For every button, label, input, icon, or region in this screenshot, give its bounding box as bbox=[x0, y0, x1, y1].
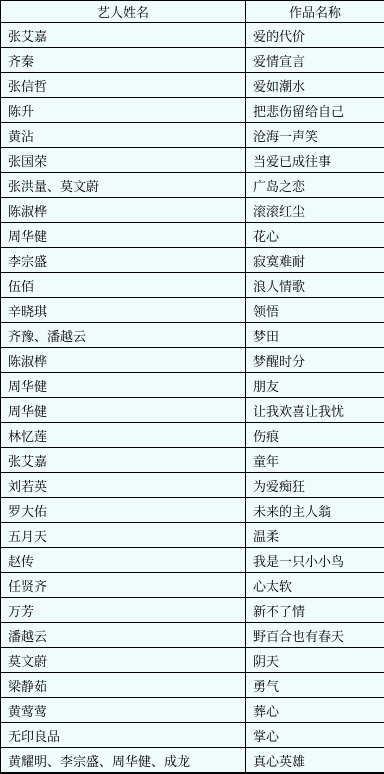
work-cell: 寂寞难耐 bbox=[246, 248, 384, 273]
artist-cell: 伍佰 bbox=[1, 273, 246, 298]
work-cell: 野百合也有春天 bbox=[246, 623, 384, 648]
table-row: 刘若英 为爱痴狂 bbox=[1, 473, 384, 498]
artist-cell: 梁静茹 bbox=[1, 673, 246, 698]
table-row: 梁静茹 勇气 bbox=[1, 673, 384, 698]
artist-cell: 莫文蔚 bbox=[1, 648, 246, 673]
table-row: 黄沾 沧海一声笑 bbox=[1, 123, 384, 148]
work-cell: 温柔 bbox=[246, 523, 384, 548]
artist-cell: 刘若英 bbox=[1, 473, 246, 498]
artist-cell: 周华健 bbox=[1, 373, 246, 398]
artist-cell: 万芳 bbox=[1, 598, 246, 623]
table-row: 潘越云 野百合也有春天 bbox=[1, 623, 384, 648]
work-cell: 爱情宣言 bbox=[246, 48, 384, 73]
table-row: 五月天 温柔 bbox=[1, 523, 384, 548]
table-row: 陈淑桦 梦醒时分 bbox=[1, 348, 384, 373]
work-cell: 爱的代价 bbox=[246, 23, 384, 48]
artist-cell: 陈升 bbox=[1, 98, 246, 123]
work-header-cell: 作品名称 bbox=[246, 1, 384, 23]
work-cell: 梦田 bbox=[246, 323, 384, 348]
table-row: 林忆莲 伤痕 bbox=[1, 423, 384, 448]
work-cell: 朋友 bbox=[246, 373, 384, 398]
table-row: 赵传 我是一只小小鸟 bbox=[1, 548, 384, 573]
work-cell: 爱如潮水 bbox=[246, 73, 384, 98]
table-row: 陈淑桦 滚滚红尘 bbox=[1, 198, 384, 223]
work-cell: 广岛之恋 bbox=[246, 173, 384, 198]
artist-cell: 齐豫、潘越云 bbox=[1, 323, 246, 348]
work-cell: 伤痕 bbox=[246, 423, 384, 448]
work-cell: 滚滚红尘 bbox=[246, 198, 384, 223]
artist-cell: 黄耀明、李宗盛、周华健、成龙 bbox=[1, 748, 246, 774]
artist-cell: 黄沾 bbox=[1, 123, 246, 148]
artist-cell: 张信哲 bbox=[1, 73, 246, 98]
work-cell: 当爱已成往事 bbox=[246, 148, 384, 173]
table-row: 李宗盛 寂寞难耐 bbox=[1, 248, 384, 273]
work-cell: 真心英雄 bbox=[246, 748, 384, 774]
work-cell: 浪人情歌 bbox=[246, 273, 384, 298]
artist-cell: 黄莺莺 bbox=[1, 698, 246, 723]
work-cell: 未来的主人翁 bbox=[246, 498, 384, 523]
work-cell: 童年 bbox=[246, 448, 384, 473]
table-row: 张艾嘉 童年 bbox=[1, 448, 384, 473]
work-cell: 领悟 bbox=[246, 298, 384, 323]
table-body: 张艾嘉 爱的代价 齐秦 爱情宣言 张信哲 爱如潮水 陈升 把悲伤留给自己 黄沾 … bbox=[1, 23, 384, 774]
artist-cell: 罗大佑 bbox=[1, 498, 246, 523]
table-row: 万芳 新不了情 bbox=[1, 598, 384, 623]
work-cell: 掌心 bbox=[246, 723, 384, 748]
artist-cell: 张国荣 bbox=[1, 148, 246, 173]
table-row: 莫文蔚 阴天 bbox=[1, 648, 384, 673]
work-cell: 梦醒时分 bbox=[246, 348, 384, 373]
table-row: 无印良品 掌心 bbox=[1, 723, 384, 748]
header-row: 艺人姓名 作品名称 bbox=[1, 1, 384, 23]
work-cell: 葬心 bbox=[246, 698, 384, 723]
work-cell: 把悲伤留给自己 bbox=[246, 98, 384, 123]
table-row: 齐豫、潘越云 梦田 bbox=[1, 323, 384, 348]
artist-cell: 齐秦 bbox=[1, 48, 246, 73]
artist-cell: 李宗盛 bbox=[1, 248, 246, 273]
table-row: 任贤齐 心太软 bbox=[1, 573, 384, 598]
table-row: 伍佰 浪人情歌 bbox=[1, 273, 384, 298]
work-cell: 我是一只小小鸟 bbox=[246, 548, 384, 573]
artist-cell: 潘越云 bbox=[1, 623, 246, 648]
artist-cell: 任贤齐 bbox=[1, 573, 246, 598]
artist-song-table: 艺人姓名 作品名称 张艾嘉 爱的代价 齐秦 爱情宣言 张信哲 爱如潮水 陈升 把… bbox=[0, 0, 384, 774]
table-row: 张国荣 当爱已成往事 bbox=[1, 148, 384, 173]
table-row: 周华健 花心 bbox=[1, 223, 384, 248]
work-cell: 心太软 bbox=[246, 573, 384, 598]
artist-cell: 辛晓琪 bbox=[1, 298, 246, 323]
artist-cell: 赵传 bbox=[1, 548, 246, 573]
table-row: 齐秦 爱情宣言 bbox=[1, 48, 384, 73]
work-cell: 让我欢喜让我忧 bbox=[246, 398, 384, 423]
table-row: 黄耀明、李宗盛、周华健、成龙 真心英雄 bbox=[1, 748, 384, 774]
artist-cell: 五月天 bbox=[1, 523, 246, 548]
table-row: 辛晓琪 领悟 bbox=[1, 298, 384, 323]
artist-cell: 张艾嘉 bbox=[1, 448, 246, 473]
table-row: 陈升 把悲伤留给自己 bbox=[1, 98, 384, 123]
table-row: 黄莺莺 葬心 bbox=[1, 698, 384, 723]
artist-cell: 陈淑桦 bbox=[1, 348, 246, 373]
work-cell: 花心 bbox=[246, 223, 384, 248]
artist-cell: 周华健 bbox=[1, 398, 246, 423]
artist-cell: 无印良品 bbox=[1, 723, 246, 748]
work-cell: 新不了情 bbox=[246, 598, 384, 623]
work-cell: 阴天 bbox=[246, 648, 384, 673]
table-row: 周华健 朋友 bbox=[1, 373, 384, 398]
artist-cell: 周华健 bbox=[1, 223, 246, 248]
artist-cell: 张洪量、莫文蔚 bbox=[1, 173, 246, 198]
artist-cell: 张艾嘉 bbox=[1, 23, 246, 48]
table-row: 周华健 让我欢喜让我忧 bbox=[1, 398, 384, 423]
work-cell: 勇气 bbox=[246, 673, 384, 698]
work-cell: 沧海一声笑 bbox=[246, 123, 384, 148]
work-cell: 为爱痴狂 bbox=[246, 473, 384, 498]
artist-header-cell: 艺人姓名 bbox=[1, 1, 246, 23]
table-row: 张艾嘉 爱的代价 bbox=[1, 23, 384, 48]
artist-cell: 林忆莲 bbox=[1, 423, 246, 448]
table-row: 张洪量、莫文蔚 广岛之恋 bbox=[1, 173, 384, 198]
artist-cell: 陈淑桦 bbox=[1, 198, 246, 223]
table-row: 罗大佑 未来的主人翁 bbox=[1, 498, 384, 523]
table-row: 张信哲 爱如潮水 bbox=[1, 73, 384, 98]
